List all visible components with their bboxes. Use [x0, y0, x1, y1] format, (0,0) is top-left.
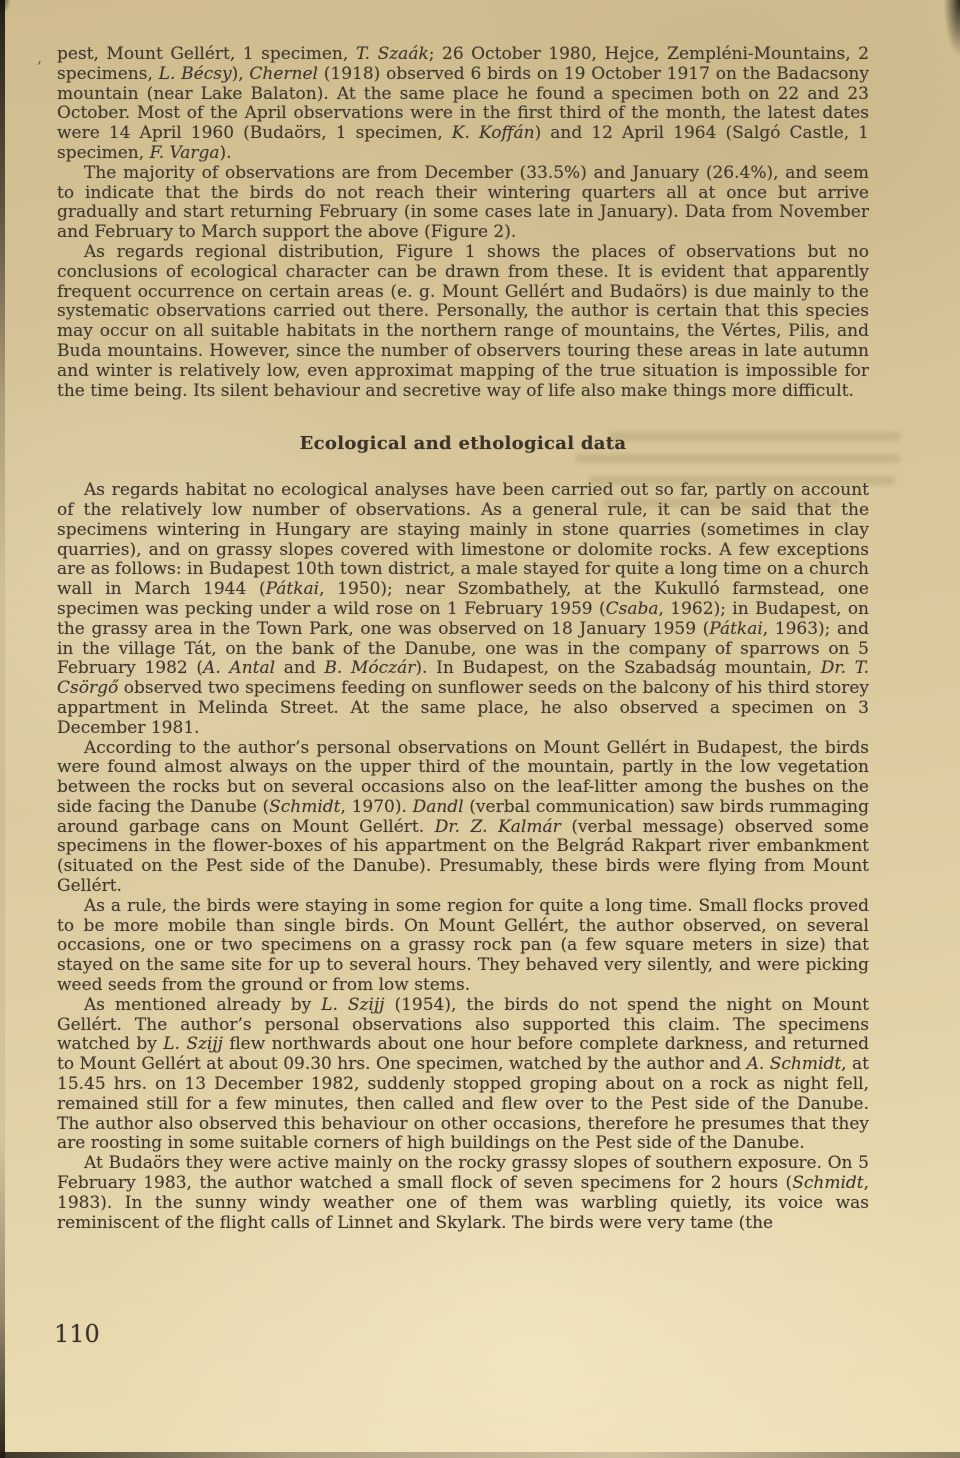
- text-segment: As regards regional distribution, Figure…: [57, 242, 869, 401]
- paragraph: As mentioned already by L. Szijj (1954),…: [57, 996, 869, 1154]
- paragraphs-top: pest, Mount Gellért, 1 specimen, T. Szaá…: [57, 45, 869, 401]
- text-segment: At Budaörs they were active mainly on th…: [57, 1153, 869, 1193]
- italic-text-segment: Schmidt: [269, 797, 340, 817]
- italic-text-segment: Csaba: [606, 599, 659, 619]
- page-number: 110: [54, 1320, 100, 1348]
- scan-shadow-top-right: [944, 0, 960, 56]
- italic-text-segment: T. Szaák: [356, 44, 429, 64]
- scanned-book-page: , pest, Mount Gellért, 1 specimen, T. Sz…: [0, 0, 960, 1458]
- stray-mark: ,: [37, 48, 42, 67]
- scan-shadow-top-left: [0, 0, 10, 14]
- paragraph: As regards habitat no ecological analyse…: [57, 481, 869, 738]
- text-segment: ),: [232, 64, 250, 84]
- italic-text-segment: L. Bécsy: [159, 64, 232, 84]
- text-segment: As a rule, the birds were staying in som…: [57, 896, 869, 995]
- italic-text-segment: B. Móczár: [324, 658, 415, 678]
- scan-edge-left: [0, 0, 5, 1458]
- italic-text-segment: A. Antal: [203, 658, 275, 678]
- italic-text-segment: Dandl: [413, 797, 464, 817]
- italic-text-segment: F. Varga: [150, 143, 220, 163]
- paragraphs-bottom: As regards habitat no ecological analyse…: [57, 481, 869, 1233]
- italic-text-segment: Pátkai: [266, 579, 320, 599]
- italic-text-segment: Dr. Z. Kalmár: [435, 817, 561, 837]
- scan-edge-bottom: [0, 1452, 960, 1458]
- text-segment: pest, Mount Gellért, 1 specimen,: [57, 44, 356, 64]
- italic-text-segment: Pátkai: [709, 619, 763, 639]
- italic-text-segment: Schmidt: [792, 1173, 863, 1193]
- text-segment: ). In Budapest, on the Szabadság mountai…: [415, 658, 820, 678]
- section-heading: Ecological and ethological data: [57, 434, 869, 454]
- paragraph: As regards regional distribution, Figure…: [57, 243, 869, 401]
- text-segment: ).: [220, 143, 232, 163]
- text-segment: observed two specimens feeding on sunflo…: [57, 678, 869, 738]
- paragraph: The majority of observations are from De…: [57, 164, 869, 243]
- paragraph: At Budaörs they were active mainly on th…: [57, 1154, 869, 1233]
- paragraph: pest, Mount Gellért, 1 specimen, T. Szaá…: [57, 45, 869, 164]
- text-segment: As mentioned already by: [84, 995, 321, 1015]
- text-segment: The majority of observations are from De…: [57, 163, 869, 242]
- page-text-block: pest, Mount Gellért, 1 specimen, T. Szaá…: [57, 45, 869, 1233]
- text-segment: , 1970).: [341, 797, 413, 817]
- italic-text-segment: L. Szijj: [321, 995, 384, 1015]
- italic-text-segment: Chernel: [249, 64, 318, 84]
- text-segment: and: [275, 658, 324, 678]
- paragraph: As a rule, the birds were staying in som…: [57, 897, 869, 996]
- paragraph: According to the author’s personal obser…: [57, 739, 869, 897]
- italic-text-segment: L. Szijj: [163, 1034, 223, 1054]
- italic-text-segment: K. Koffán: [452, 123, 535, 143]
- italic-text-segment: A. Schmidt: [747, 1054, 842, 1074]
